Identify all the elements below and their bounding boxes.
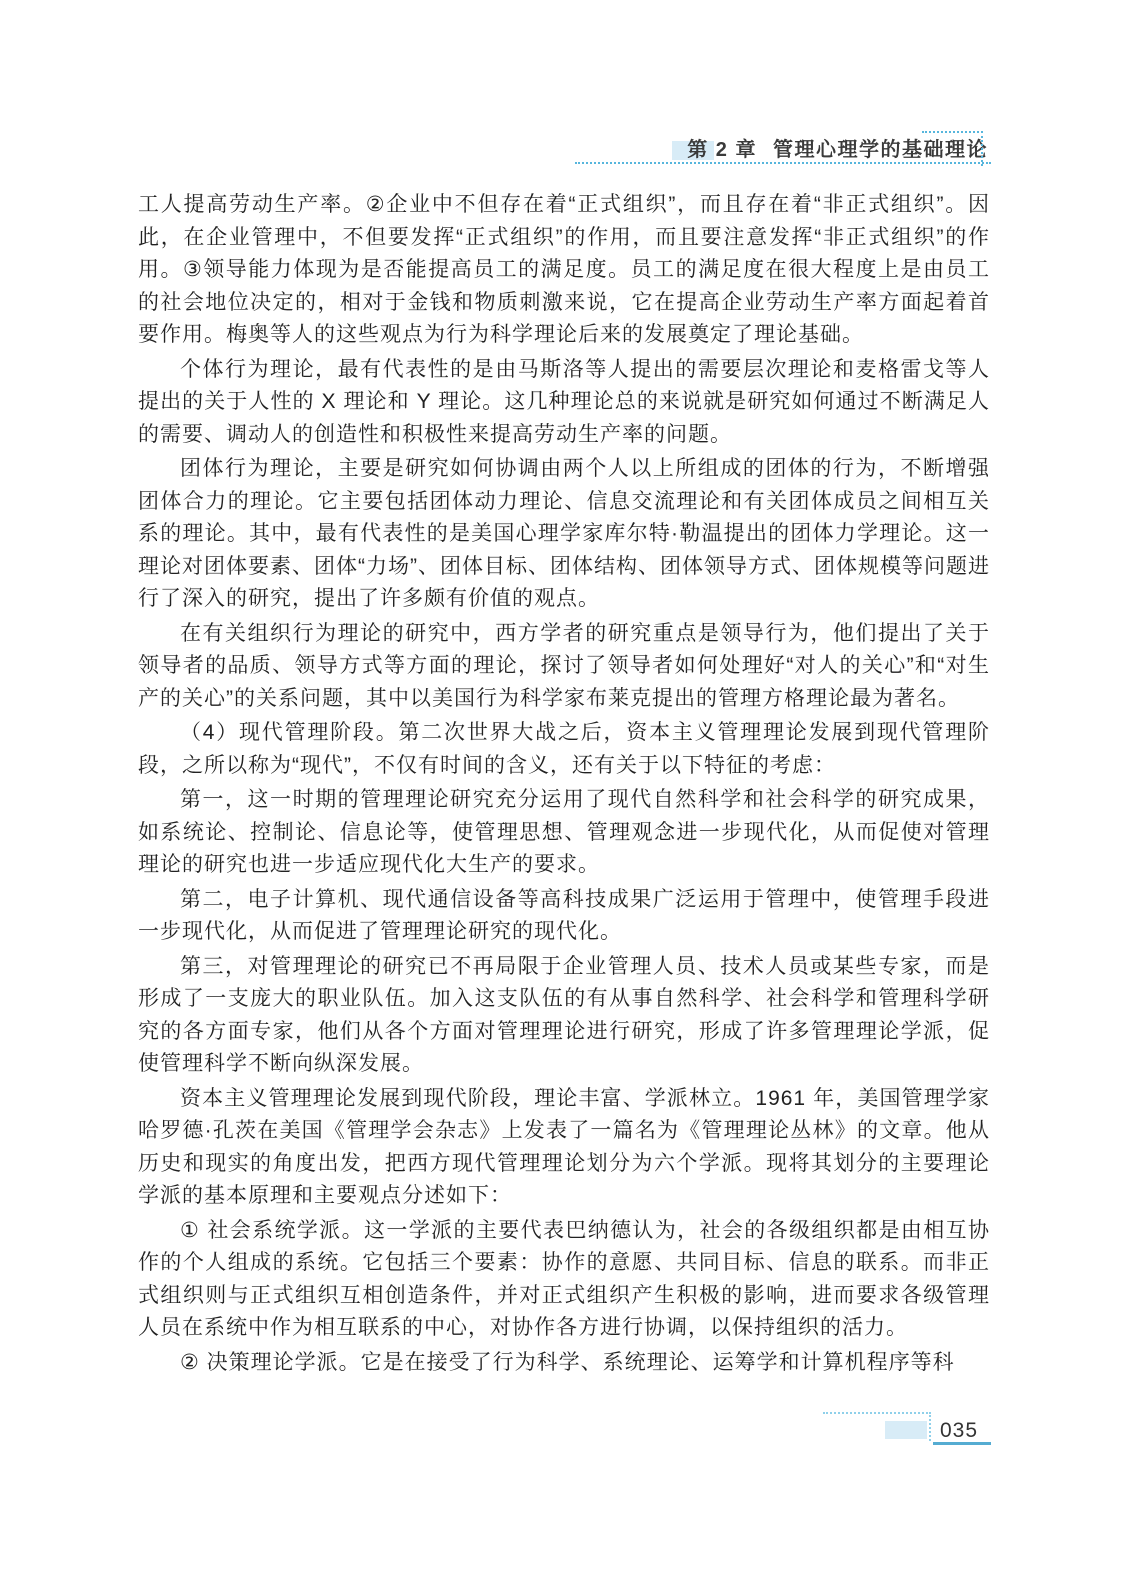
footer-dotted-corner-top	[823, 1412, 931, 1414]
book-page: 第 2 章 管理心理学的基础理论 工人提高劳动生产率。②企业中不但存在着“正式组…	[0, 0, 1128, 1570]
footer-accent-rect	[885, 1421, 927, 1439]
paragraph: 第二，电子计算机、现代通信设备等高科技成果广泛运用于管理中，使管理手段进一步现代…	[138, 884, 990, 949]
paragraph: （4）现代管理阶段。第二次世界大战之后，资本主义管理理论发展到现代管理阶段，之所…	[138, 717, 990, 782]
page-body-text: 工人提高劳动生产率。②企业中不但存在着“正式组织”，而且存在着“非正式组织”。因…	[138, 189, 990, 1381]
chapter-header: 第 2 章 管理心理学的基础理论	[687, 133, 988, 162]
footer-dotted-corner-right	[929, 1412, 931, 1441]
paragraph: 在有关组织行为理论的研究中，西方学者的研究重点是领导行为，他们提出了关于领导者的…	[138, 618, 990, 716]
header-dotted-underline	[575, 162, 991, 164]
page-number: 035	[940, 1419, 990, 1443]
paragraph: ① 社会系统学派。这一学派的主要代表巴纳德认为，社会的各级组织都是由相互协作的个…	[138, 1215, 990, 1345]
paragraph: 第一，这一时期的管理理论研究充分运用了现代自然科学和社会科学的研究成果，如系统论…	[138, 784, 990, 882]
paragraph: 资本主义管理理论发展到现代阶段，理论丰富、学派林立。1961 年，美国管理学家哈…	[138, 1083, 990, 1213]
page-number-underline	[933, 1442, 991, 1445]
paragraph: ② 决策理论学派。它是在接受了行为科学、系统理论、运筹学和计算机程序等科	[138, 1347, 990, 1380]
paragraph: 第三，对管理理论的研究已不再局限于企业管理人员、技术人员或某些专家，而是形成了一…	[138, 951, 990, 1081]
paragraph: 工人提高劳动生产率。②企业中不但存在着“正式组织”，而且存在着“非正式组织”。因…	[138, 189, 990, 352]
paragraph: 团体行为理论，主要是研究如何协调由两个人以上所组成的团体的行为，不断增强团体合力…	[138, 453, 990, 616]
header-dotted-corner-top	[922, 131, 983, 133]
chapter-title-label: 管理心理学的基础理论	[773, 133, 988, 162]
chapter-number-label: 第 2 章	[687, 133, 757, 162]
header-dotted-corner-right	[981, 131, 983, 166]
paragraph: 个体行为理论，最有代表性的是由马斯洛等人提出的需要层次理论和麦格雷戈等人提出的关…	[138, 354, 990, 452]
